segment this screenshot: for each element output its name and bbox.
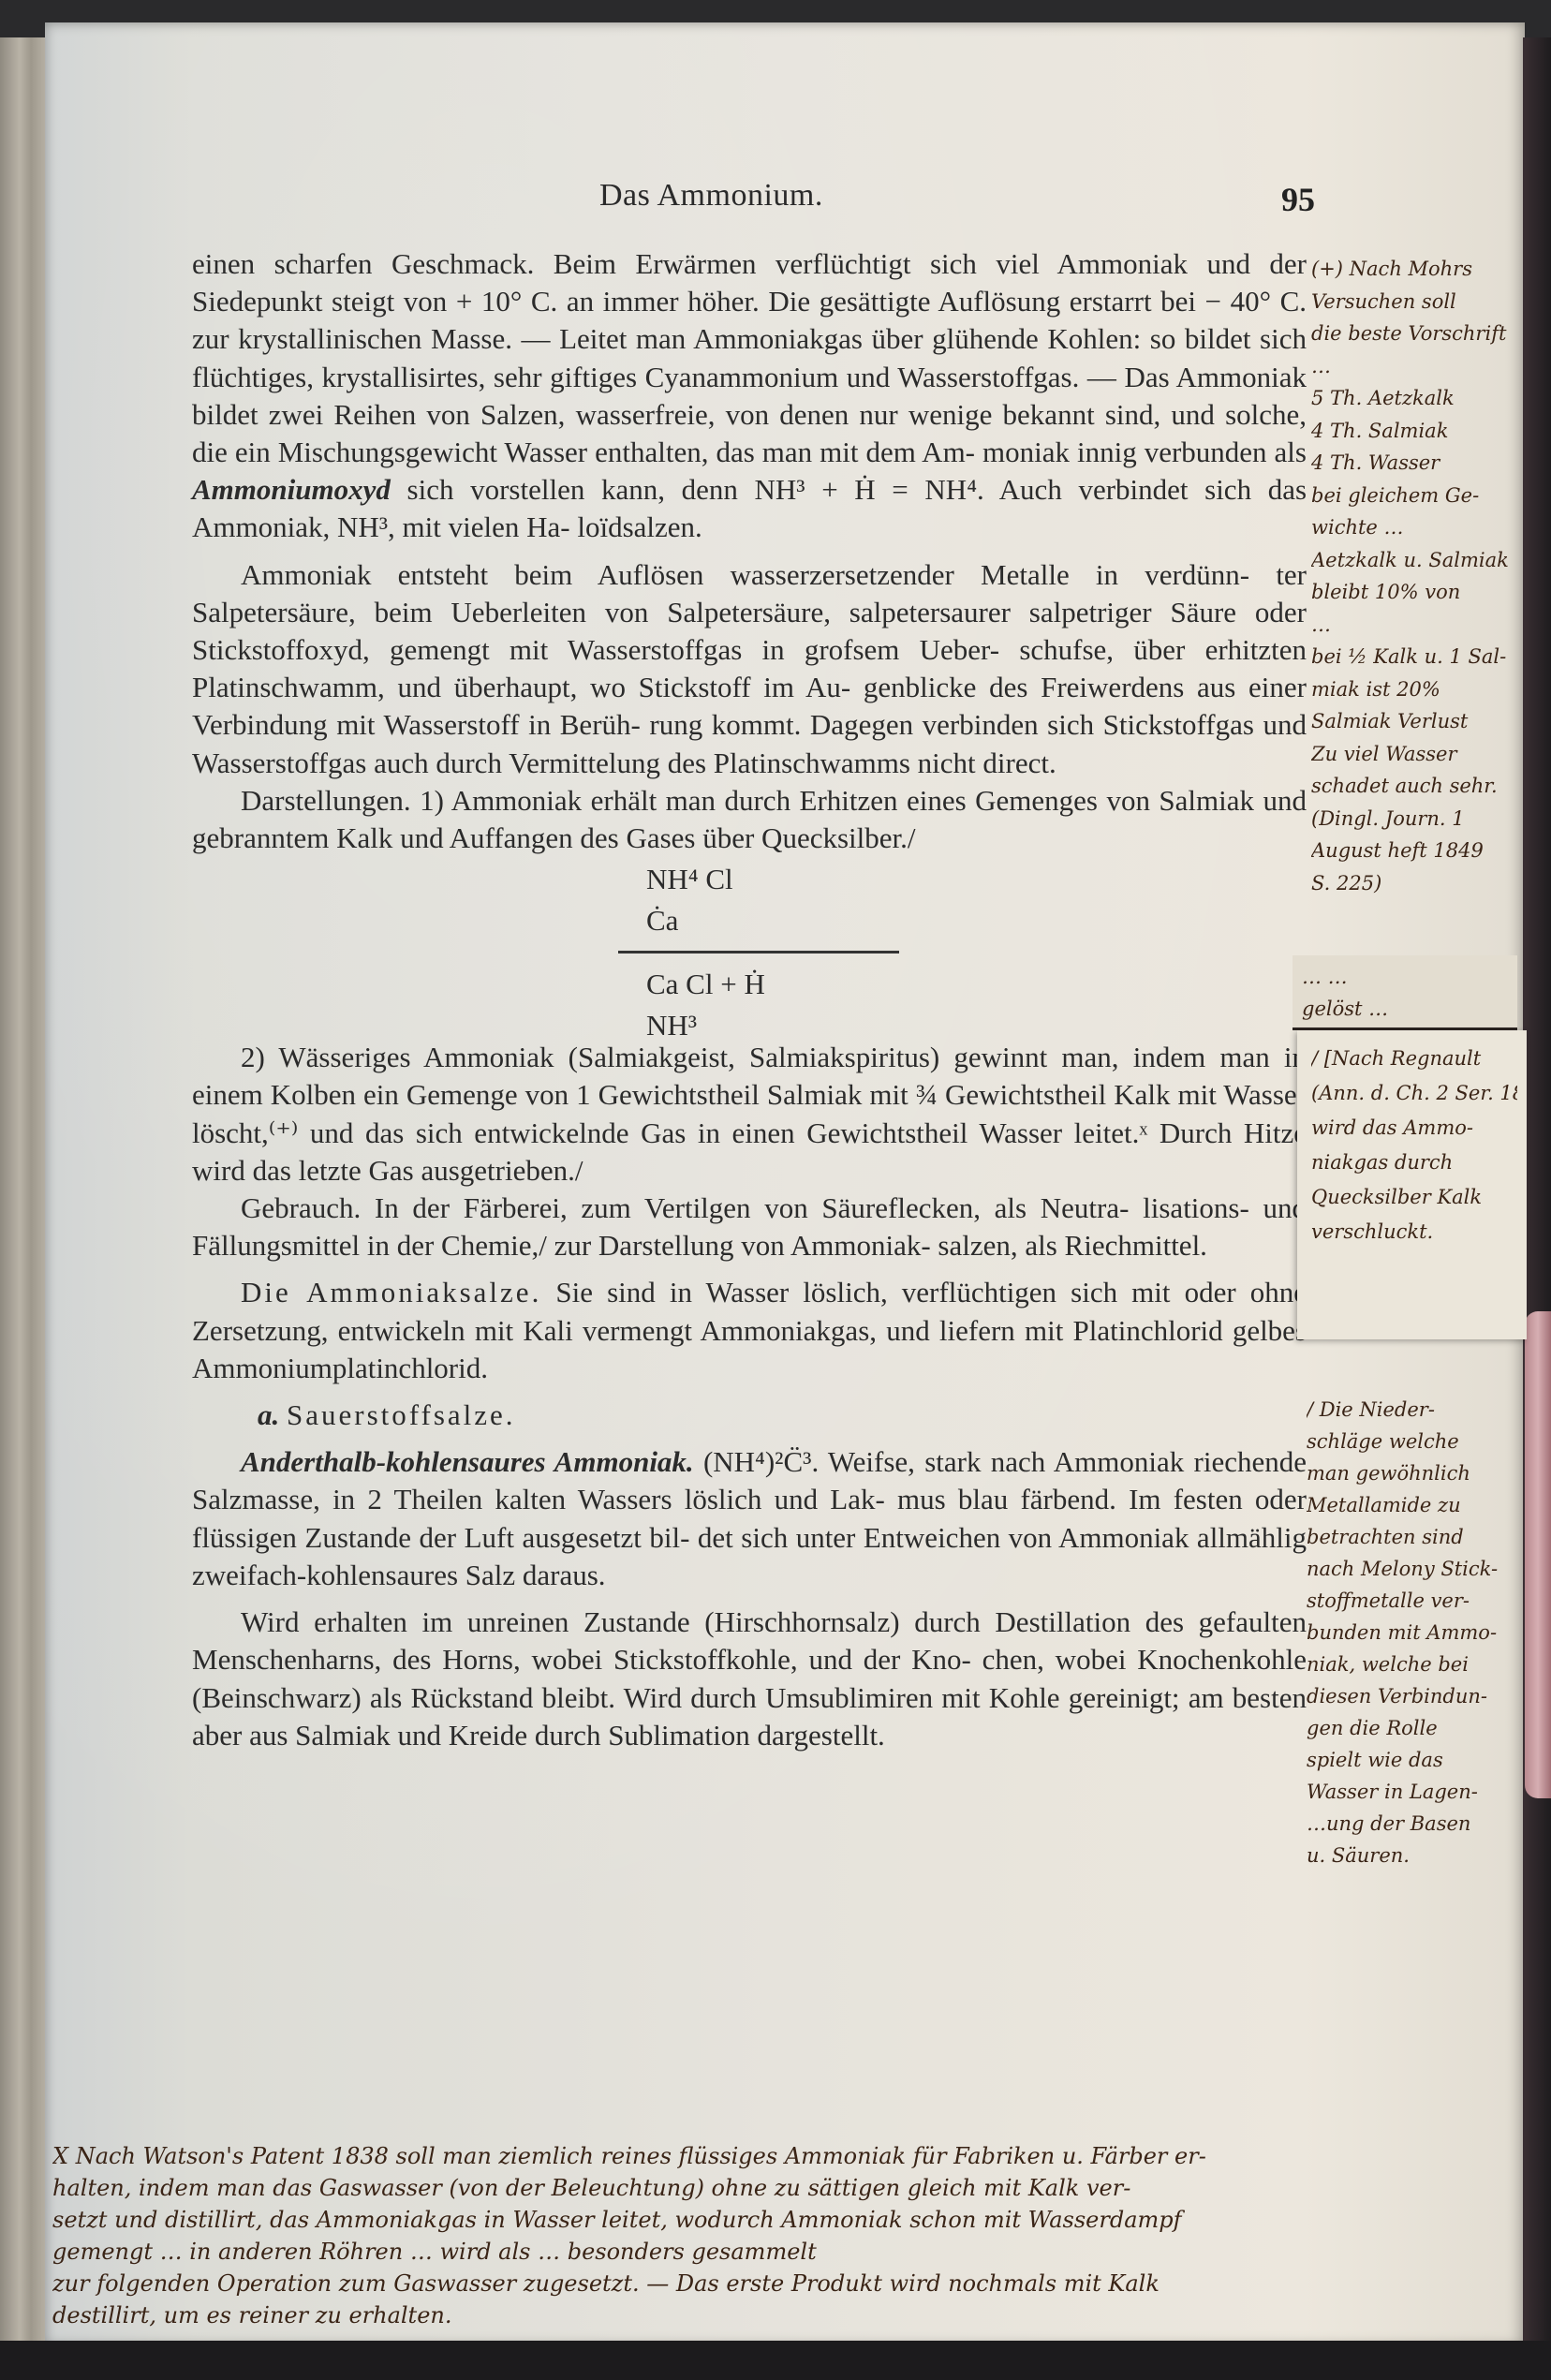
pasted-slip-upper: … … gelöst …: [1292, 955, 1517, 1030]
formula-line-3: Ca Cl + Ḣ: [646, 966, 765, 1003]
formula-line-1: NH⁴ Cl: [646, 861, 733, 898]
main-text: einen scharfen Geschmack. Beim Erwärmen …: [192, 245, 1307, 1754]
section-heading-a: a. Sauerstoffsalze.: [192, 1397, 1307, 1434]
paragraph-2: Ammoniak entsteht beim Auflösen wasserze…: [192, 556, 1307, 782]
paragraph-waesseriges: 2) Wässeriges Ammoniak (Salmiakgeist, Sa…: [192, 1039, 1307, 1190]
paragraph-gebrauch: Gebrauch. In der Färberei, zum Vertilgen…: [192, 1190, 1307, 1264]
paragraph-ammoniaksalze: Die Ammoniaksalze. Sie sind in Wasser lö…: [192, 1274, 1307, 1387]
formula-rule: [618, 951, 899, 953]
term-anderthalb-kohlensaures-ammoniak: Anderthalb-kohlensaures Ammoniak.: [241, 1445, 694, 1478]
term-ammoniumoxyd: Ammoniumoxyd: [192, 473, 391, 506]
page-number: 95: [1281, 180, 1315, 219]
formula-line-4: NH³: [646, 1007, 697, 1044]
handwritten-margin-note-mohr: (+) Nach Mohrs Versuchen soll die beste …: [1311, 253, 1522, 899]
handwritten-margin-note-regnault: / [Nach Regnault (Ann. d. Ch. 2 Ser. 184…: [1311, 1042, 1517, 1249]
paragraph-darstellungen: Darstellungen. 1) Ammoniak erhält man du…: [192, 782, 1307, 857]
paragraph-wird-erhalten: Wird erhalten im unreinen Zustande (Hirs…: [192, 1604, 1307, 1754]
scan-background-bottom: [0, 2341, 1551, 2380]
handwritten-footnote-watson: X Nach Watson's Patent 1838 soll man zie…: [52, 2140, 1499, 2331]
handwritten-margin-note-metallamide: / Die Nieder- schläge welche man gewöhnl…: [1307, 1394, 1508, 1871]
heading-ammoniaksalze: Die Ammoniaksalze.: [241, 1276, 541, 1308]
reaction-formula: NH⁴ Cl Ċa Ca Cl + Ḣ NH³: [192, 861, 1307, 1039]
scan-background-right: [1523, 37, 1551, 2342]
running-title: Das Ammonium.: [599, 178, 823, 214]
holding-finger: [1525, 1311, 1551, 1798]
paragraph-anderthalb: Anderthalb-kohlensaures Ammoniak. (NH⁴)²…: [192, 1443, 1307, 1594]
paragraph-1: einen scharfen Geschmack. Beim Erwärmen …: [192, 245, 1307, 547]
formula-line-2: Ċa: [646, 902, 678, 939]
